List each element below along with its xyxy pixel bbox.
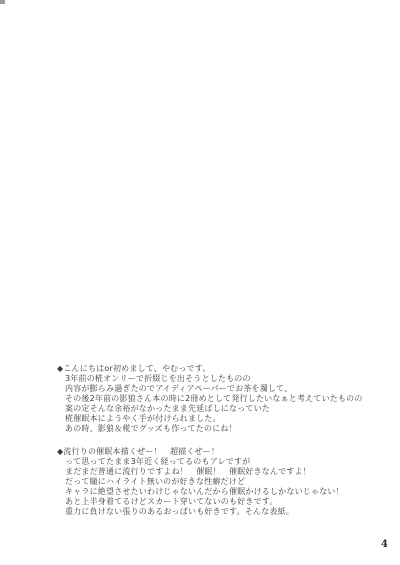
paragraph-line-text: 流行りの催眠本描くぜー！ 超描くぜー！ <box>63 447 219 456</box>
paragraph-line: 案の定そんな余裕がなかったまま先延ばしになっていた <box>57 404 387 414</box>
paragraph-line: 椛催眠本にようやく手が付けられました。 <box>57 414 387 424</box>
scan-artifact-corner <box>0 0 5 4</box>
paragraph-line: 3年前の椛オンリーで折綴じを出そうとしたものの <box>57 374 387 384</box>
paragraph-line: キャラに絶望させたいわけじゃないんだから催眠かけるしかないじゃない！ <box>57 487 387 497</box>
paragraph-line: 重力に負けない張りのあるおっぱいも好きです。そんな表紙。 <box>57 507 387 517</box>
paragraph-line: あと上半身着てるけどスカート穿いてないのも好きです。 <box>57 497 387 507</box>
paragraph-line: まだまだ普通に流行りですよね！ 催眠！ 催眠好きなんですよ！ <box>57 467 387 477</box>
paragraph-line: あの時、影狼＆椛でグッズも作ってたのにね！ <box>57 424 387 434</box>
paragraph-line: だって瞳にハイライト無いのが好きな性癖だけど <box>57 477 387 487</box>
page-number: 4 <box>381 539 388 550</box>
paragraph-line: ◆こんにちはor初めまして、やむっです。 <box>57 364 387 374</box>
paragraph-line-text: こんにちはor初めまして、やむっです。 <box>63 364 210 373</box>
scanned-document-page: { "page": { "number": "4", "colors": { "… <box>0 0 400 565</box>
paragraph-line: ◆流行りの催眠本描くぜー！ 超描くぜー！ <box>57 447 387 457</box>
afterword-paragraph-2: ◆流行りの催眠本描くぜー！ 超描くぜー！ って思ってたまま3年近く経ってるのもア… <box>57 447 387 517</box>
paragraph-line: って思ってたまま3年近く経ってるのもアレですが <box>57 457 387 467</box>
afterword-text-block: ◆こんにちはor初めまして、やむっです。 3年前の椛オンリーで折綴じを出そうとし… <box>57 364 387 530</box>
paragraph-line: 内容が膨らみ過ぎたのでアイディアペーパーでお茶を濁して、 <box>57 384 387 394</box>
afterword-paragraph-1: ◆こんにちはor初めまして、やむっです。 3年前の椛オンリーで折綴じを出そうとし… <box>57 364 387 434</box>
paragraph-line: その後2年前の影狼さん本の時に2冊めとして発行したいなぁと考えていたものの <box>57 394 387 404</box>
